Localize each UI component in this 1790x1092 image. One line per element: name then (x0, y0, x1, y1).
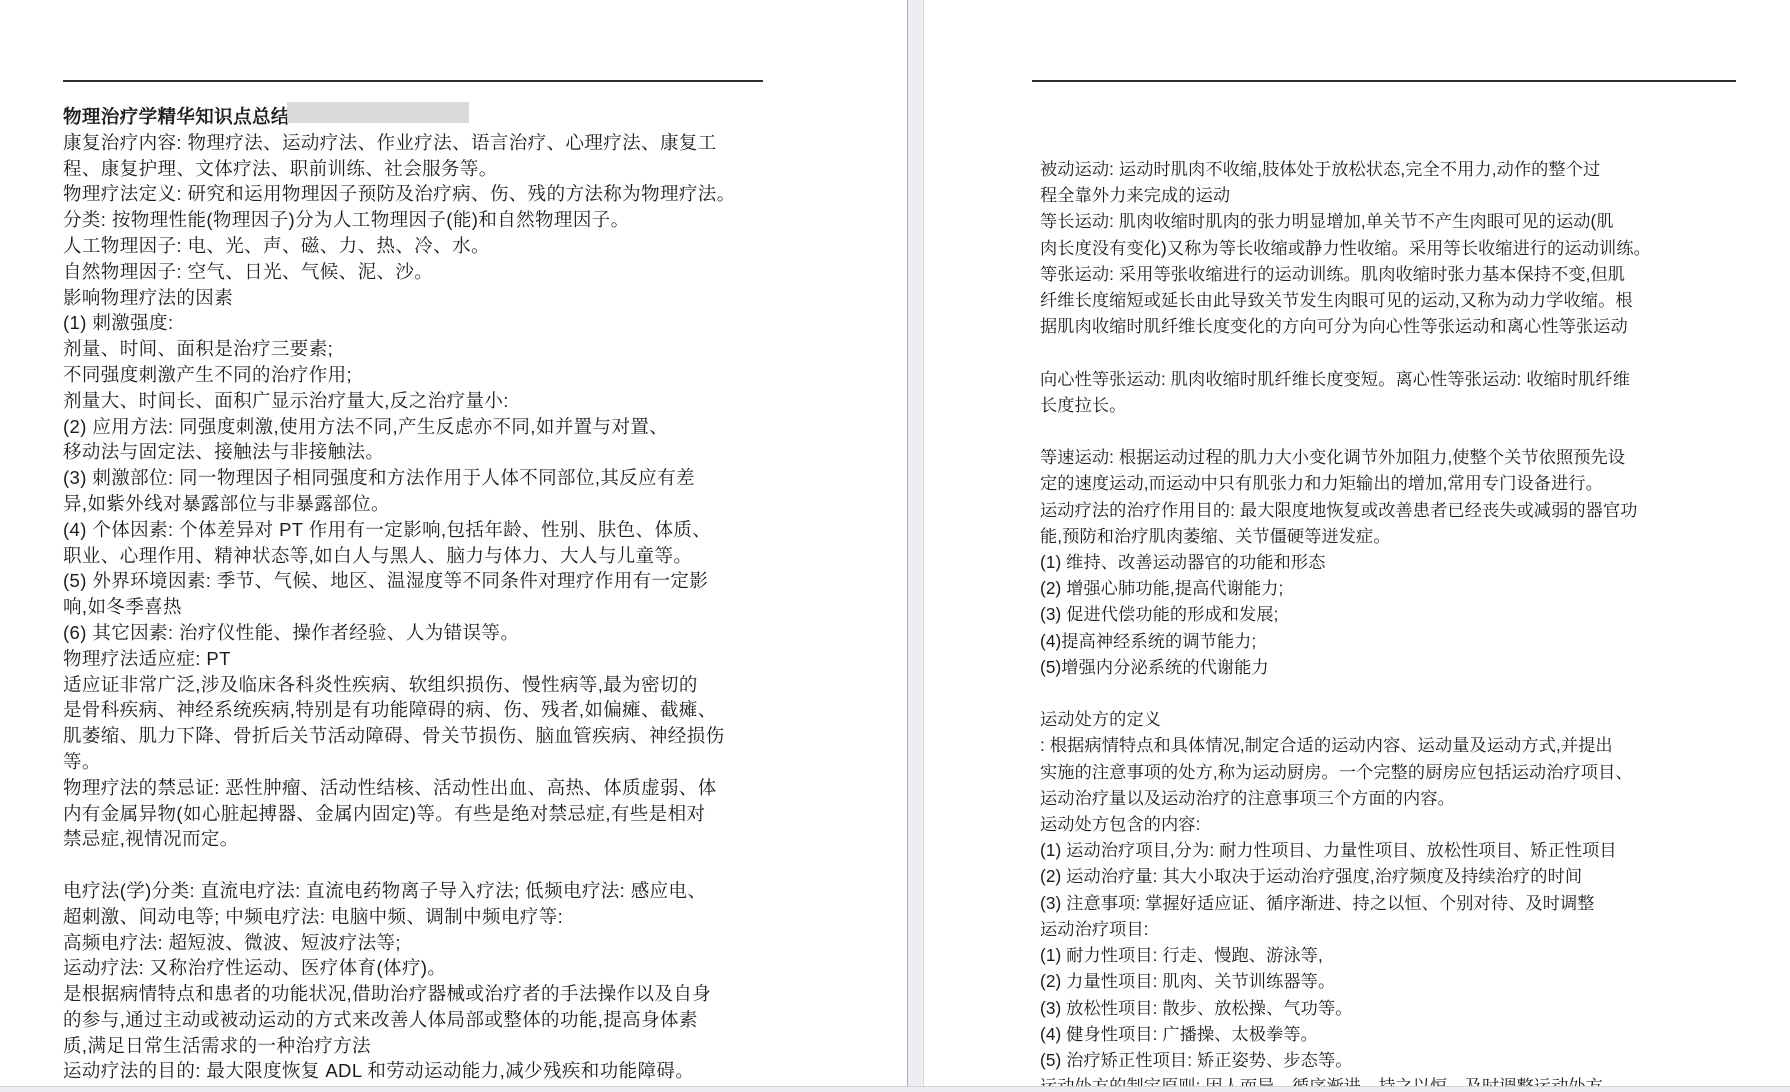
text-line: 运动疗法的治疗作用目的: 最大限度地恢复或改善患者已经丧失或减弱的器官功 (1040, 497, 1660, 523)
text-line: 肉长度没有变化)又称为等长收缩或静力性收缩。采用等长收缩进行的运动训练。 (1040, 235, 1660, 261)
text-line: 分类: 按物理性能(物理因子)分为人工物理因子(能)和自然物理因子。 (63, 207, 779, 233)
text-line: 不同强度刺激产生不同的治疗作用; (63, 362, 779, 388)
text-line: (2) 增强心肺功能,提高代谢能力; (1040, 575, 1660, 601)
text-line: 是根据病情特点和患者的功能状况,借助治疗器械或治疗者的手法操作以及自身 (63, 981, 779, 1007)
text-line: 是骨科疾病、神经系统疾病,特别是有功能障碍的病、伤、残者,如偏瘫、截瘫、 (63, 697, 779, 723)
text-line: 实施的注意事项的处方,称为运动厨房。一个完整的厨房应包括运动治疗项目、 (1040, 759, 1660, 785)
text-line: 高频电疗法: 超短波、微波、短波疗法等; (63, 930, 779, 956)
text-line: 等长运动: 肌肉收缩时肌肉的张力明显增加,单关节不产生肉眼可见的运动(肌 (1040, 208, 1660, 234)
text-line: (5) 外界环境因素: 季节、气候、地区、温湿度等不同条件对理疗作用有一定影 (63, 568, 779, 594)
text-line: (2) 运动治疗量: 其大小取决于运动治疗强度,治疗频度及持续治疗的时间 (1040, 863, 1660, 889)
text-line: 据肌肉收缩时肌纤维长度变化的方向可分为向心性等张运动和离心性等张运动 (1040, 313, 1660, 339)
text-line: (4) 个体因素: 个体差异对 PT 作用有一定影响,包括年龄、性别、肤色、体质… (63, 517, 779, 543)
text-line: 异,如紫外线对暴露部位与非暴露部位。 (63, 491, 779, 517)
text-line: 被动运动: 运动时肌肉不收缩,肢体处于放松状态,完全不用力,动作的整个过 (1040, 156, 1660, 182)
text-line: 向心性等张运动: 肌肉收缩时肌纤维长度变短。离心性等张运动: 收缩时肌纤维 (1040, 366, 1660, 392)
text-line: 自然物理因子: 空气、日光、气候、泥、沙。 (63, 259, 779, 285)
left-page-text: 康复治疗内容: 物理疗法、运动疗法、作业疗法、语言治疗、心理疗法、康复工程、康复… (63, 130, 779, 1084)
text-line: (3) 促进代偿功能的形成和发展; (1040, 601, 1660, 627)
text-line: 运动处方的定义 (1040, 706, 1660, 732)
text-line: (6) 其它因素: 治疗仪性能、操作者经验、人为错误等。 (63, 620, 779, 646)
text-line: 职业、心理作用、精神状态等,如白人与黑人、脑力与体力、大人与儿童等。 (63, 543, 779, 569)
text-line: (1) 运动治疗项目,分为: 耐力性项目、力量性项目、放松性项目、矫正性项目 (1040, 837, 1660, 863)
text-line: (1) 刺激强度: (63, 310, 779, 336)
text-line: 等速运动: 根据运动过程的肌力大小变化调节外加阻力,使整个关节依照预先设 (1040, 444, 1660, 470)
right-page-top-rule (1032, 80, 1736, 82)
text-line: 运动处方包含的内容: (1040, 811, 1660, 837)
text-line: (5) 治疗矫正性项目: 矫正姿势、步态等。 (1040, 1047, 1660, 1073)
right-page-text: 被动运动: 运动时肌肉不收缩,肢体处于放松状态,完全不用力,动作的整个过程全靠外… (1040, 156, 1660, 1073)
text-line: (2) 应用方法: 同强度刺激,使用方法不同,产生反虑亦不同,如并置与对置、 (63, 414, 779, 440)
text-line: 肌萎缩、肌力下降、骨折后关节活动障碍、骨关节损伤、脑血管疾病、神经损伤 (63, 723, 779, 749)
text-line: 程全靠外力来完成的运动 (1040, 182, 1660, 208)
page-title: 物理治疗学精华知识点总结 (63, 106, 290, 127)
text-line: 定的速度运动,而运动中只有肌张力和力矩输出的增加,常用专门设备进行。 (1040, 470, 1660, 496)
page-right: 被动运动: 运动时肌肉不收缩,肢体处于放松状态,完全不用力,动作的整个过程全靠外… (1040, 156, 1660, 1092)
text-line: (3) 放松性项目: 散步、放松操、气功等。 (1040, 995, 1660, 1021)
text-line: 适应证非常广泛,涉及临床各科炎性疾病、软组织损伤、慢性病等,最为密切的 (63, 672, 779, 698)
text-line: 内有金属异物(如心脏起搏器、金属内固定)等。有些是绝对禁忌症,有些是相对 (63, 801, 779, 827)
text-line: (3) 注意事项: 掌握好适应证、循序渐进、持之以恒、个别对待、及时调整 (1040, 890, 1660, 916)
document-viewer: 物理治疗学精华知识点总结 康复治疗内容: 物理疗法、运动疗法、作业疗法、语言治疗… (0, 0, 1790, 1092)
text-line: 质,满足日常生活需求的一种治疗方法 (63, 1033, 779, 1059)
text-line (1040, 418, 1660, 444)
title-row: 物理治疗学精华知识点总结 (63, 104, 779, 130)
text-line: 影响物理疗法的因素 (63, 285, 779, 311)
text-line: 剂量大、时间长、面积广显示治疗量大,反之治疗量小: (63, 388, 779, 414)
text-line (1040, 680, 1660, 706)
text-line (1040, 339, 1660, 365)
text-line: 能,预防和治疗肌肉萎缩、关节僵硬等迸发症。 (1040, 523, 1660, 549)
text-line: 人工物理因子: 电、光、声、磁、力、热、冷、水。 (63, 233, 779, 259)
text-line: (1) 维持、改善运动器官的功能和形态 (1040, 549, 1660, 575)
page-bottom-edge (0, 1086, 1790, 1092)
text-line: 的参与,通过主动或被动运动的方式来改善人体局部或整体的功能,提高身体素 (63, 1007, 779, 1033)
page-left: 物理治疗学精华知识点总结 康复治疗内容: 物理疗法、运动疗法、作业疗法、语言治疗… (63, 104, 779, 1084)
text-line: 超刺激、间动电等; 中频电疗法: 电脑中频、调制中频电疗等: (63, 904, 779, 930)
text-line: 运动治疗项目: (1040, 916, 1660, 942)
text-line: (4)提高神经系统的调节能力; (1040, 628, 1660, 654)
text-line: 电疗法(学)分类: 直流电疗法: 直流电药物离子导入疗法; 低频电疗法: 感应电… (63, 878, 779, 904)
text-line: 禁忌症,视情况而定。 (63, 826, 779, 852)
text-line: 物理疗法的禁忌证: 恶性肿瘤、活动性结核、活动性出血、高热、体质虚弱、体 (63, 775, 779, 801)
text-line: (5)增强内分泌系统的代谢能力 (1040, 654, 1660, 680)
text-line: 等张运动: 采用等张收缩进行的运动训练。肌肉收缩时张力基本保持不变,但肌 (1040, 261, 1660, 287)
text-line: (1) 耐力性项目: 行走、慢跑、游泳等, (1040, 942, 1660, 968)
text-line: 运动疗法的目的: 最大限度恢复 ADL 和劳动运动能力,减少残疾和功能障碍。 (63, 1058, 779, 1084)
page-divider (907, 0, 924, 1092)
text-line: (2) 力量性项目: 肌肉、关节训练器等。 (1040, 968, 1660, 994)
text-line: (4) 健身性项目: 广播操、太极拳等。 (1040, 1021, 1660, 1047)
left-page-top-rule (63, 80, 763, 82)
text-line: 康复治疗内容: 物理疗法、运动疗法、作业疗法、语言治疗、心理疗法、康复工 (63, 130, 779, 156)
text-line (63, 852, 779, 878)
text-line: 运动疗法: 又称治疗性运动、医疗体育(体疗)。 (63, 955, 779, 981)
text-line: 响,如冬季喜热 (63, 594, 779, 620)
text-line: 运动治疗量以及运动治疗的注意事项三个方面的内容。 (1040, 785, 1660, 811)
text-line: 剂量、时间、面积是治疗三要素; (63, 336, 779, 362)
text-line: 纤维长度缩短或延长由此导致关节发生肉眼可见的运动,又称为动力学收缩。根 (1040, 287, 1660, 313)
text-line: 移动法与固定法、接触法与非接触法。 (63, 439, 779, 465)
text-line: 物理疗法定义: 研究和运用物理因子预防及治疗病、伤、残的方法称为物理疗法。 (63, 181, 779, 207)
text-line: 长度拉长。 (1040, 392, 1660, 418)
text-line: 程、康复护理、文体疗法、职前训练、社会服务等。 (63, 156, 779, 182)
text-line: (3) 刺激部位: 同一物理因子相同强度和方法作用于人体不同部位,其反应有差 (63, 465, 779, 491)
text-line: : 根据病情特点和具体情况,制定合适的运动内容、运动量及运动方式,并提出 (1040, 732, 1660, 758)
text-line: 等。 (63, 749, 779, 775)
text-line: 物理疗法适应症: PT (63, 646, 779, 672)
highlight-box (287, 102, 469, 123)
